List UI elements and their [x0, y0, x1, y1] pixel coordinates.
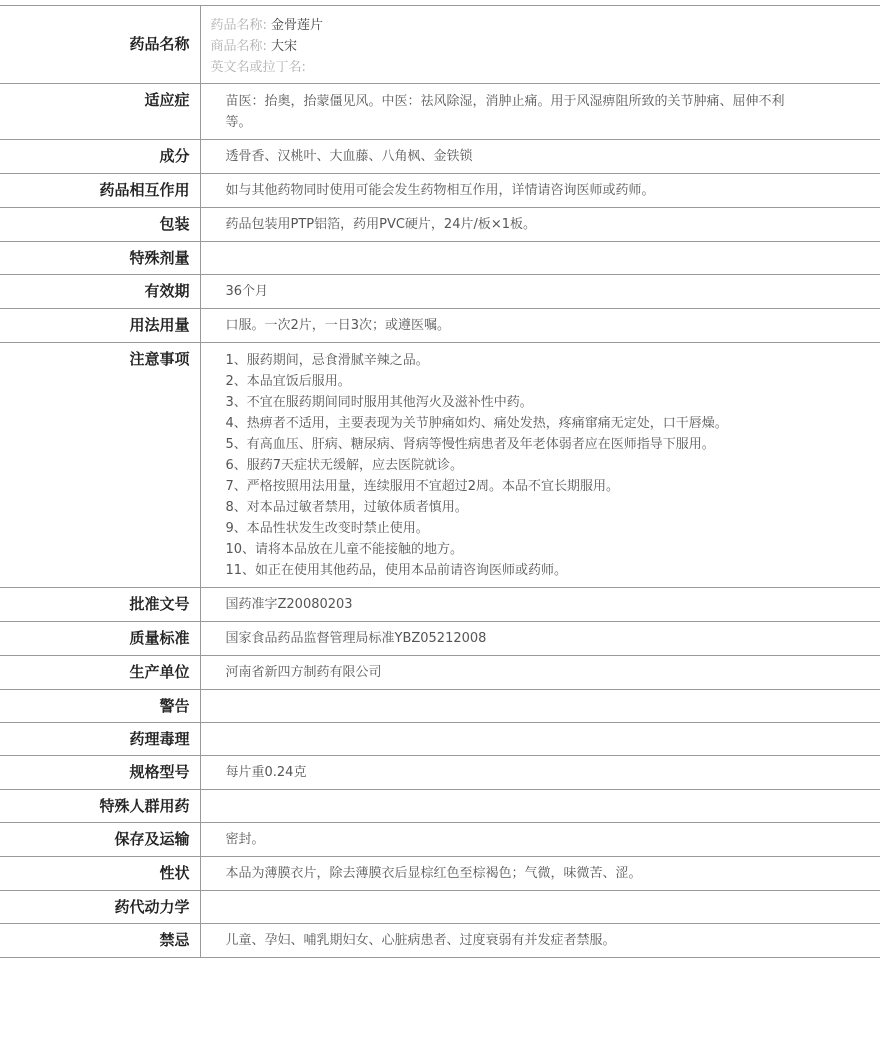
- row-value: 本品为薄膜衣片，除去薄膜衣后显棕红色至棕褐色；气微，味微苦、涩。: [200, 857, 880, 891]
- row-interactions: 药品相互作用 如与其他药物同时使用可能会发生药物相互作用，详情请咨询医师或药师。: [0, 174, 880, 208]
- precaution-item: 1、服药期间，忌食滑腻辛辣之品。: [226, 350, 880, 371]
- row-label: 警告: [0, 690, 200, 723]
- row-label: 药品相互作用: [0, 174, 200, 208]
- indications-text: 苗医：抬奥，抬蒙僵见风。中医：祛风除湿，消肿止痛。用于风湿痹阻所致的关节肿痛、屈…: [226, 91, 796, 133]
- row-warning: 警告: [0, 690, 880, 723]
- row-label: 有效期: [0, 275, 200, 309]
- precaution-item: 7、严格按照用法用量，连续服用不宜超过2周。本品不宜长期服用。: [226, 476, 880, 497]
- field-key: 商品名称:: [211, 39, 267, 54]
- row-label: 性状: [0, 857, 200, 891]
- row-storage: 保存及运输 密封。: [0, 823, 880, 857]
- row-label: 用法用量: [0, 309, 200, 343]
- row-value: 药品名称: 金骨莲片 商品名称: 大宋 英文名或拉丁名:: [200, 6, 880, 84]
- field-key: 英文名或拉丁名:: [211, 60, 306, 75]
- row-label: 适应症: [0, 84, 200, 140]
- row-label: 禁忌: [0, 924, 200, 958]
- row-value: 河南省新四方制药有限公司: [200, 656, 880, 690]
- row-manufacturer: 生产单位 河南省新四方制药有限公司: [0, 656, 880, 690]
- row-value: 国家食品药品监督管理局标准YBZ05212008: [200, 622, 880, 656]
- row-label: 药理毒理: [0, 723, 200, 756]
- row-value: 如与其他药物同时使用可能会发生药物相互作用，详情请咨询医师或药师。: [200, 174, 880, 208]
- row-value: 国药准字Z20080203: [200, 588, 880, 622]
- row-specification: 规格型号 每片重0.24克: [0, 756, 880, 790]
- row-value: [200, 891, 880, 924]
- row-ingredients: 成分 透骨香、汉桃叶、大血藤、八角枫、金铁锁: [0, 140, 880, 174]
- row-value: [200, 723, 880, 756]
- row-precautions: 注意事项 1、服药期间，忌食滑腻辛辣之品。 2、本品宜饭后服用。 3、不宜在服药…: [0, 343, 880, 588]
- row-drug-name: 药品名称 药品名称: 金骨莲片 商品名称: 大宋 英文名或拉丁名:: [0, 6, 880, 84]
- row-dosage: 用法用量 口服。一次2片，一日3次；或遵医嘱。: [0, 309, 880, 343]
- row-approval-number: 批准文号 国药准字Z20080203: [0, 588, 880, 622]
- row-quality-standard: 质量标准 国家食品药品监督管理局标准YBZ05212008: [0, 622, 880, 656]
- row-description: 性状 本品为薄膜衣片，除去薄膜衣后显棕红色至棕褐色；气微，味微苦、涩。: [0, 857, 880, 891]
- row-contraindications: 禁忌 儿童、孕妇、哺乳期妇女、心脏病患者、过度衰弱有并发症者禁服。: [0, 924, 880, 958]
- row-label: 包装: [0, 208, 200, 242]
- field-key: 药品名称:: [211, 18, 267, 33]
- row-label: 注意事项: [0, 343, 200, 588]
- row-pharmacology: 药理毒理: [0, 723, 880, 756]
- row-label: 药品名称: [0, 6, 200, 84]
- row-shelf-life: 有效期 36个月: [0, 275, 880, 309]
- row-indications: 适应症 苗医：抬奥，抬蒙僵见风。中医：祛风除湿，消肿止痛。用于风湿痹阻所致的关节…: [0, 84, 880, 140]
- precaution-item: 4、热痹者不适用，主要表现为关节肿痛如灼、痛处发热，疼痛窜痛无定处，口干唇燥。: [226, 413, 880, 434]
- row-special-populations: 特殊人群用药: [0, 790, 880, 823]
- row-label: 药代动力学: [0, 891, 200, 924]
- generic-name-line: 药品名称: 金骨莲片: [211, 15, 880, 36]
- row-label: 批准文号: [0, 588, 200, 622]
- row-label: 质量标准: [0, 622, 200, 656]
- row-value: [200, 790, 880, 823]
- field-value: 金骨莲片: [271, 18, 323, 33]
- row-label: 生产单位: [0, 656, 200, 690]
- row-value: 每片重0.24克: [200, 756, 880, 790]
- precaution-item: 9、本品性状发生改变时禁止使用。: [226, 518, 880, 539]
- row-label: 保存及运输: [0, 823, 200, 857]
- row-special-dosage: 特殊剂量: [0, 242, 880, 275]
- row-value: 儿童、孕妇、哺乳期妇女、心脏病患者、过度衰弱有并发症者禁服。: [200, 924, 880, 958]
- row-packaging: 包装 药品包装用PTP铝箔，药用PVC硬片，24片/板×1板。: [0, 208, 880, 242]
- row-label: 规格型号: [0, 756, 200, 790]
- row-value: 36个月: [200, 275, 880, 309]
- row-value: 药品包装用PTP铝箔，药用PVC硬片，24片/板×1板。: [200, 208, 880, 242]
- row-value: 密封。: [200, 823, 880, 857]
- field-value: 大宋: [271, 39, 297, 54]
- row-value: 口服。一次2片，一日3次；或遵医嘱。: [200, 309, 880, 343]
- drug-spec-table: 药品名称 药品名称: 金骨莲片 商品名称: 大宋 英文名或拉丁名: 适应症 苗医…: [0, 5, 880, 958]
- precaution-item: 8、对本品过敏者禁用，过敏体质者慎用。: [226, 497, 880, 518]
- row-label: 成分: [0, 140, 200, 174]
- precaution-item: 10、请将本品放在儿童不能接触的地方。: [226, 539, 880, 560]
- row-value: [200, 690, 880, 723]
- trade-name-line: 商品名称: 大宋: [211, 36, 880, 57]
- precaution-item: 3、不宜在服药期间同时服用其他泻火及滋补性中药。: [226, 392, 880, 413]
- row-value: 透骨香、汉桃叶、大血藤、八角枫、金铁锁: [200, 140, 880, 174]
- row-label: 特殊剂量: [0, 242, 200, 275]
- precaution-item: 11、如正在使用其他药品，使用本品前请咨询医师或药师。: [226, 560, 880, 581]
- english-name-line: 英文名或拉丁名:: [211, 57, 880, 78]
- row-value: 苗医：抬奥，抬蒙僵见风。中医：祛风除湿，消肿止痛。用于风湿痹阻所致的关节肿痛、屈…: [200, 84, 880, 140]
- row-value: [200, 242, 880, 275]
- row-value: 1、服药期间，忌食滑腻辛辣之品。 2、本品宜饭后服用。 3、不宜在服药期间同时服…: [200, 343, 880, 588]
- precaution-item: 6、服药7天症状无缓解，应去医院就诊。: [226, 455, 880, 476]
- precaution-item: 2、本品宜饭后服用。: [226, 371, 880, 392]
- row-label: 特殊人群用药: [0, 790, 200, 823]
- row-pharmacokinetics: 药代动力学: [0, 891, 880, 924]
- precaution-item: 5、有高血压、肝病、糖尿病、肾病等慢性病患者及年老体弱者应在医师指导下服用。: [226, 434, 880, 455]
